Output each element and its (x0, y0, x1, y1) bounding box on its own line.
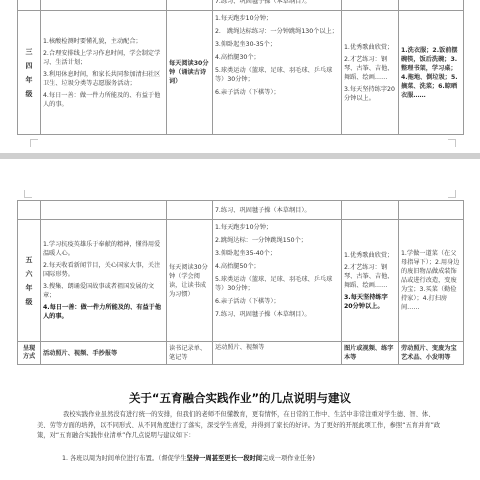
table-row-presentation: 呈现方式 活动照片、视频、手抄报等 读书记录单、笔记等 运动照片、视频等 图片或… (18, 342, 464, 365)
presentation-sport: 运动照片、视频等 (213, 342, 342, 365)
presentation-label: 呈现方式 (18, 342, 41, 365)
sport-cell: 1.每天跑步10分钟； 2. 跳绳达标练习：一分钟跳绳130个以上； 3.仰卧起… (213, 11, 342, 135)
intro-paragraph: 我校实践作业虽然没有进行统一的安排，但我们的老师不但懂教育，更有情怀，在日常的工… (37, 410, 443, 442)
page-corner-mark (24, 190, 32, 198)
labor-cell: 1.学做一道菜（在父母指导下）；2.用身边的废旧物品做成装饰品或进行改造，变废为… (399, 220, 464, 342)
sport-cell: 1.每天跑步10分钟； 2.跳绳达标：一分钟跳绳150个； 3.仰卧起坐35-4… (213, 220, 342, 342)
sport-cell-continued: 7.练习、巩固毽子操（本草纲目）。 (213, 201, 342, 220)
presentation-labor: 劳动照片、变废为宝艺术品、小发明等 (399, 342, 464, 365)
emphasis-text: 坚持一周甚至更长一段时间 (187, 455, 263, 462)
page-corner-mark (448, 190, 456, 198)
reading-cell: 每天阅读30分钟（学会阅读，让读书成为习惯） (167, 220, 213, 342)
document-page-1: 7.练习、巩固毽子操（本草纲目）。 三 四 年 级 1.核酸检测时要懂礼貌，主动… (0, 0, 480, 153)
assignment-table-grade-5-6: 7.练习、巩固毽子操（本草纲目）。 五 六 年 级 1.学习抗疫英雄乐于奉献的精… (17, 200, 464, 365)
labor-cell: 1.洗衣服；2.饭前摆碗筷，饭后洗碗；3.整理书架，学习桌；4.拖地、倒垃圾；5… (399, 11, 464, 135)
assignment-table-grade-3-4: 7.练习、巩固毽子操（本草纲目）。 三 四 年 级 1.核酸检测时要懂礼貌，主动… (17, 0, 464, 135)
page-corner-mark (30, 139, 38, 147)
moral-cell: 1.学习抗疫英雄乐于奉献的精神，懂得用爱温暖人心。 2.每天收看新闻节目，关心国… (41, 220, 167, 342)
table-row-grade-3-4: 三 四 年 级 1.核酸检测时要懂礼貌，主动配合； 2.合理安排线上学习作息时间… (18, 11, 464, 135)
grade-label: 三 四 年 级 (18, 11, 41, 135)
presentation-moral: 活动照片、视频、手抄报等 (41, 342, 167, 365)
document-title: 关于“五育融合实践作业”的几点说明与建议 (0, 390, 480, 406)
list-item-1: 1. 各班以周为时间单位进行布置。（督促学生坚持一周甚至更长一段时间完成一项作业… (62, 453, 315, 462)
presentation-art: 图片或视频、练字本等 (342, 342, 399, 365)
presentation-reading: 读书记录单、笔记等 (167, 342, 213, 365)
table-row-grade-5-6: 五 六 年 级 1.学习抗疫英雄乐于奉献的精神，懂得用爱温暖人心。 2.每天收看… (18, 220, 464, 342)
page-corner-mark (448, 139, 456, 147)
table-row-continued: 7.练习、巩固毽子操（本草纲目）。 (18, 201, 464, 220)
moral-cell: 1.核酸检测时要懂礼貌，主动配合； 2.合理安排线上学习作息时间，学会制定学习、… (41, 11, 167, 135)
reading-cell: 每天阅读30分钟（诵读古诗词） (167, 11, 213, 135)
sport-cell-continued: 7.练习、巩固毽子操（本草纲目）。 (213, 0, 342, 11)
art-cell: 1.优秀歌曲欣赏； 2.才艺练习：钢琴、古筝、吉他、舞蹈、绘画…… 3.每天坚持… (342, 220, 399, 342)
art-cell: 1.优秀歌曲欣赏； 2.才艺练习：钢琴、古筝、吉他、舞蹈、绘画…… 3.每天坚持… (342, 11, 399, 135)
grade-label: 五 六 年 级 (18, 220, 41, 342)
table-row-continued: 7.练习、巩固毽子操（本草纲目）。 (18, 0, 464, 11)
